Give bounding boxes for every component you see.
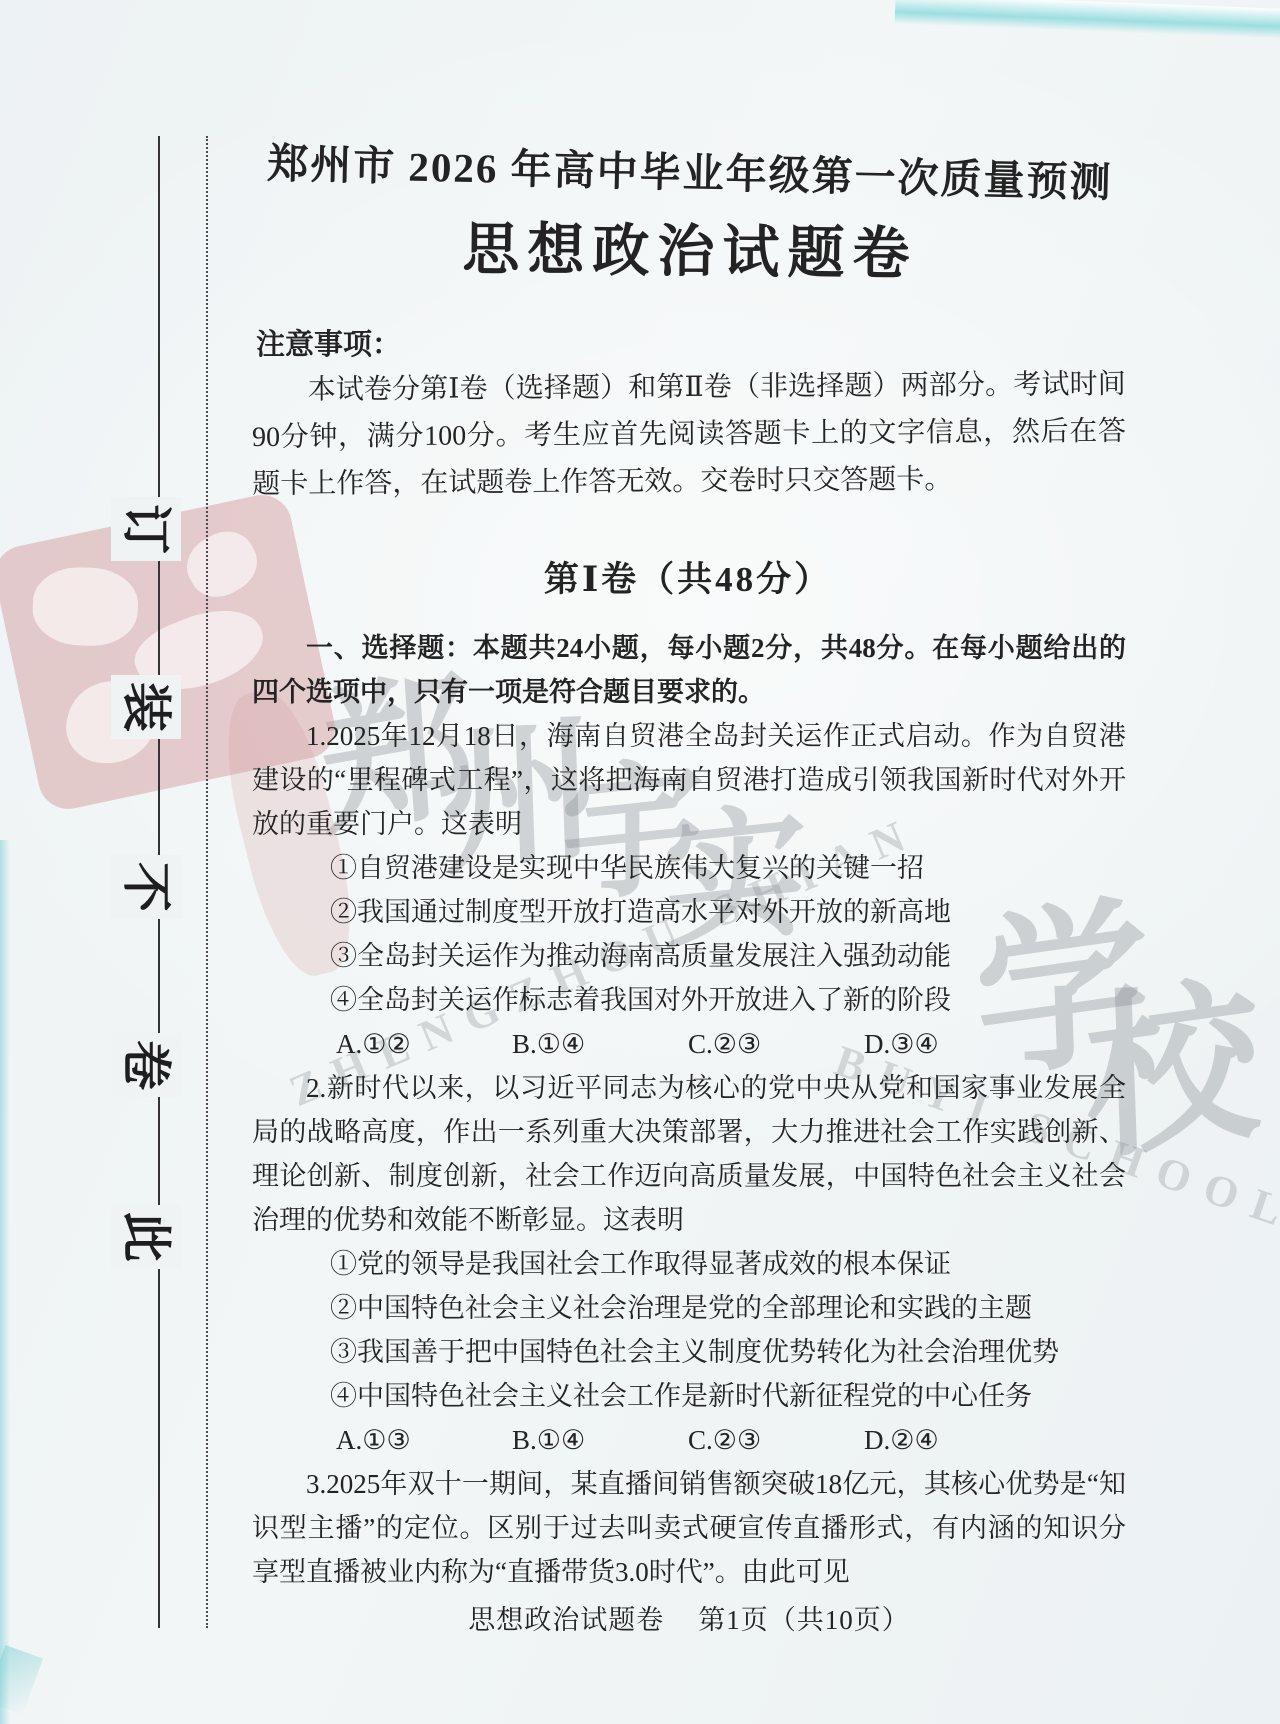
binding-char: 不 (111, 855, 181, 919)
exam-subject-title: 思想政治试题卷 (250, 201, 1131, 292)
numbered-statement: ①自贸港建设是实现中华民族伟大复兴的关键一招 (252, 846, 1126, 890)
binding-char: 卷 (111, 1033, 181, 1097)
numbered-statement: ③我国善于把中国特色社会主义制度优势转化为社会治理优势 (252, 1330, 1126, 1374)
answer-choice: D.③④ (864, 1022, 939, 1066)
question-area: 一、选择题：本题共24小题，每小题2分，共48分。在每小题给出的四个选项中，只有… (252, 626, 1126, 1594)
answer-choice: D.②④ (864, 1418, 939, 1462)
scan-edge-bottom-left (0, 1645, 43, 1715)
question-stem: 3.2025年双十一期间，某直播间销售额突破18亿元，其核心优势是“知识型主播”… (252, 1462, 1126, 1594)
answer-choices-row: A.①③B.①④C.②③D.②④ (252, 1418, 1126, 1462)
questions: 1.2025年12月18日，海南自贸港全岛封关运作正式启动。作为自贸港建设的“里… (252, 714, 1126, 1594)
scan-edge-top-right (895, 0, 1280, 40)
answer-choice: B.①④ (512, 1022, 688, 1066)
exam-title: 郑州市 2026 年高中毕业年级第一次质量预测 (249, 130, 1130, 209)
question-stem: 1.2025年12月18日，海南自贸港全岛封关运作正式启动。作为自贸港建设的“里… (252, 714, 1126, 846)
numbered-statement: ②我国通过制度型开放打造高水平对外开放的新高地 (252, 890, 1126, 934)
multiple-choice-instruction: 一、选择题：本题共24小题，每小题2分，共48分。在每小题给出的四个选项中，只有… (252, 626, 1126, 714)
numbered-statement: ①党的领导是我国社会工作取得显著成效的根本保证 (252, 1242, 1126, 1286)
footer-page-number: 第1页（共10页） (698, 1605, 910, 1635)
numbered-statement: ④中国特色社会主义社会工作是新时代新征程党的中心任务 (252, 1374, 1126, 1418)
binding-char: 订 (111, 497, 181, 561)
dotted-cut-line (206, 136, 208, 1628)
binding-char: 此 (111, 1205, 181, 1269)
answer-choice: A.①② (336, 1022, 512, 1066)
section-1-heading: 第Ⅰ卷（共48分） (250, 552, 1126, 602)
binding-char: 装 (111, 675, 181, 739)
numbered-statement: ④全岛封关运作标志着我国对外开放进入了新的阶段 (252, 978, 1126, 1022)
notice-body: 本试卷分第Ⅰ卷（选择题）和第Ⅱ卷（非选择题）两部分。考试时间90分钟，满分100… (252, 361, 1127, 508)
numbered-statement: ②中国特色社会主义社会治理是党的全部理论和实践的主题 (252, 1286, 1126, 1330)
answer-choice: C.②③ (688, 1418, 864, 1462)
question-3: 3.2025年双十一期间，某直播间销售额突破18亿元，其核心优势是“知识型主播”… (252, 1462, 1126, 1594)
page-footer: 思想政治试题卷第1页（共10页） (252, 1598, 1126, 1637)
scan-edge-left (0, 840, 10, 1724)
question-1: 1.2025年12月18日，海南自贸港全岛封关运作正式启动。作为自贸港建设的“里… (252, 714, 1126, 1066)
question-stem: 2.新时代以来，以习近平同志为核心的党中央从党和国家事业发展全局的战略高度，作出… (252, 1066, 1126, 1242)
footer-paper-name: 思想政治试题卷 (468, 1605, 664, 1635)
notice-heading: 注意事项： (256, 322, 401, 363)
scanned-exam-page: 郑州宇实学校 ZHENGZHOU SHIAN BUYI SCHOOL 订装不卷此… (0, 0, 1280, 1724)
stamp-carving (31, 566, 139, 648)
answer-choice: B.①④ (512, 1418, 688, 1462)
answer-choice: A.①③ (336, 1418, 512, 1462)
answer-choice: C.②③ (688, 1022, 864, 1066)
question-2: 2.新时代以来，以习近平同志为核心的党中央从党和国家事业发展全局的战略高度，作出… (252, 1066, 1126, 1462)
numbered-statement: ③全岛封关运作为推动海南高质量发展注入强劲动能 (252, 934, 1126, 978)
answer-choices-row: A.①②B.①④C.②③D.③④ (252, 1022, 1126, 1066)
